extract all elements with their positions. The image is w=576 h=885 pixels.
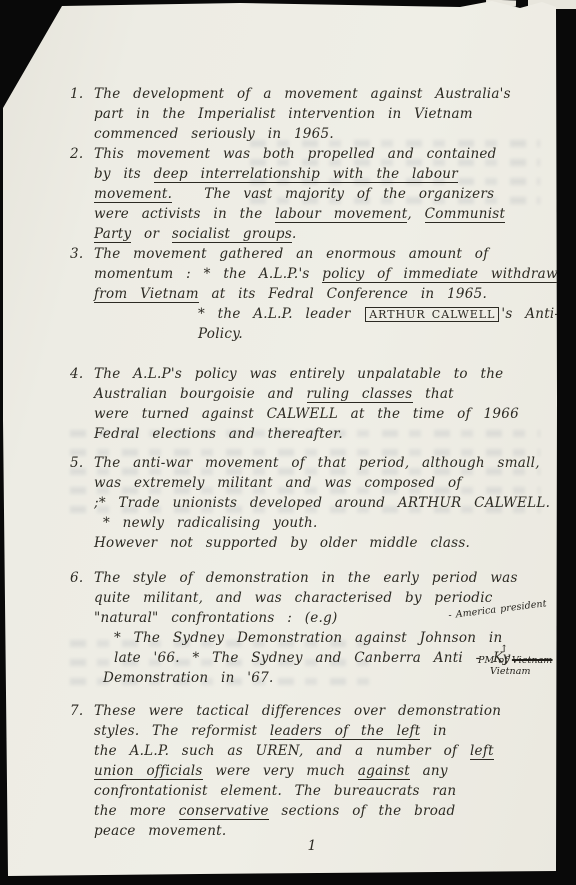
boxed-name: ARTHUR CALWELL xyxy=(365,307,499,322)
note-text: ;* Trade unionists developed around ARTH… xyxy=(94,495,550,511)
note-line: part in the Imperialist intervention in … xyxy=(94,104,552,124)
note-text: However not supported by older middle cl… xyxy=(94,535,470,551)
note-line: commenced seriously in 1965. xyxy=(94,124,552,144)
underlined-text: deep interrelationship with the labour xyxy=(154,166,458,183)
item-number: 3. xyxy=(70,244,83,264)
note-text: commenced seriously in 1965. xyxy=(94,126,334,142)
note-line: The development of a movement against Au… xyxy=(94,84,552,104)
margin-annotation-ky: ↑ PM of Vietnam Vietnam xyxy=(478,655,573,677)
note-line: the A.L.P. such as UREN, and a number of… xyxy=(94,741,552,761)
item-number: 7. xyxy=(70,701,83,721)
underlined-text: movement. xyxy=(94,186,172,203)
note-line: * The Sydney Demonstration against Johns… xyxy=(94,628,552,648)
note-line: Fedral elections and thereafter. xyxy=(94,424,552,444)
underlined-text: policy of immediate withdrawal xyxy=(322,266,570,283)
underlined-text: socialist groups xyxy=(172,226,292,243)
note-text: The movement gathered an enormous amount… xyxy=(94,246,488,262)
note-line: These were tactical differences over dem… xyxy=(94,701,552,721)
note-text: The style of demonstration in the early … xyxy=(94,570,518,586)
note-line: This movement was both propelled and con… xyxy=(94,144,552,164)
note-text: were turned against CALWELL at the time … xyxy=(94,406,519,422)
note-line: confrontationist element. The bureaucrat… xyxy=(94,781,552,801)
item-number: 2. xyxy=(70,144,83,164)
note-line: from Vietnam at its Fedral Conference in… xyxy=(94,284,552,304)
note-text: , xyxy=(407,206,424,222)
note-text: * The Sydney Demonstration against Johns… xyxy=(114,630,502,646)
underlined-text: Party xyxy=(94,226,131,243)
scanned-page: 1.The development of a movement against … xyxy=(0,0,576,885)
note-text: This movement was both propelled and con… xyxy=(94,146,497,162)
note-text: Australian bourgoisie and xyxy=(94,386,307,402)
underlined-text: union officials xyxy=(94,763,203,780)
note-text: late '66. * The Sydney and Canberra Anti… xyxy=(114,650,511,666)
note-text: "natural" confrontations : (e.g) xyxy=(94,610,338,626)
note-text: that xyxy=(413,386,454,402)
note-item: 1.The development of a movement against … xyxy=(94,84,552,144)
note-line: were activists in the labour movement, C… xyxy=(94,204,552,224)
annotation-text: Vietnam xyxy=(478,666,573,677)
note-line: styles. The reformist leaders of the lef… xyxy=(94,721,552,741)
note-text: confrontationist element. The bureaucrat… xyxy=(94,783,456,799)
note-line: momentum : * the A.L.P.'s policy of imme… xyxy=(94,264,552,284)
underlined-text: labour movement xyxy=(275,206,407,223)
note-line: The style of demonstration in the early … xyxy=(94,568,552,588)
underlined-text: from Vietnam xyxy=(94,286,199,303)
note-line: * the A.L.P. leader ARTHUR CALWELL's Ant… xyxy=(94,304,552,324)
note-text: These were tactical differences over dem… xyxy=(94,703,501,719)
underlined-text: ruling classes xyxy=(307,386,413,403)
note-text: sections of the broad xyxy=(269,803,456,819)
note-line: ;* Trade unionists developed around ARTH… xyxy=(94,493,552,513)
note-text: or xyxy=(131,226,171,242)
page-number: 1 xyxy=(300,838,324,854)
note-line: * newly radicalising youth. xyxy=(94,513,552,533)
note-text: momentum : * the A.L.P.'s xyxy=(94,266,322,282)
note-text: by its xyxy=(94,166,154,182)
note-text: part in the Imperialist intervention in … xyxy=(94,106,473,122)
note-line: was extremely militant and was composed … xyxy=(94,473,552,493)
note-line: movement.The vast majority of the organi… xyxy=(94,184,552,204)
note-text: any xyxy=(410,763,448,779)
note-text: peace movement. xyxy=(94,823,226,839)
note-item: 2.This movement was both propelled and c… xyxy=(94,144,552,244)
note-text: 's Anti-war xyxy=(501,306,576,322)
note-line: However not supported by older middle cl… xyxy=(94,533,552,553)
note-line: union officials were very much against a… xyxy=(94,761,552,781)
note-line: were turned against CALWELL at the time … xyxy=(94,404,552,424)
item-number: 1. xyxy=(70,84,83,104)
note-line: Australian bourgoisie and ruling classes… xyxy=(94,384,552,404)
note-text: The anti-war movement of that period, al… xyxy=(94,455,540,471)
underlined-text: conservative xyxy=(179,803,269,820)
note-text: . xyxy=(292,226,297,242)
underlined-text: against xyxy=(358,763,410,780)
note-text: The A.L.P's policy was entirely unpalata… xyxy=(94,366,503,382)
note-text: Fedral elections and thereafter. xyxy=(94,426,343,442)
note-text: quite militant, and was characterised by… xyxy=(94,590,493,606)
notes-list: 1.The development of a movement against … xyxy=(94,84,552,841)
note-text: were very much xyxy=(203,763,358,779)
underlined-text: left xyxy=(470,743,494,760)
note-line: Policy. xyxy=(94,324,552,344)
note-text: at its Fedral Conference in 1965. xyxy=(199,286,487,302)
underlined-text: Communist xyxy=(425,206,506,223)
struck-word: Vietnam xyxy=(512,655,553,666)
note-text: was extremely militant and was composed … xyxy=(94,475,462,491)
note-text: * the A.L.P. leader xyxy=(198,306,363,322)
note-text: Policy. xyxy=(198,326,243,342)
note-item: 3.The movement gathered an enormous amou… xyxy=(94,244,552,344)
note-line: by its deep interrelationship with the l… xyxy=(94,164,552,184)
note-text: Demonstration in '67. xyxy=(103,670,274,686)
note-text: styles. The reformist xyxy=(94,723,270,739)
note-line: the more conservative sections of the br… xyxy=(94,801,552,821)
note-text: the more xyxy=(94,803,179,819)
item-number: 4. xyxy=(70,364,83,384)
note-text: in xyxy=(420,723,446,739)
item-number: 5. xyxy=(70,453,83,473)
annotation-text: PM of xyxy=(478,655,508,666)
note-text: The development of a movement against Au… xyxy=(94,86,511,102)
note-item: 7.These were tactical differences over d… xyxy=(94,701,552,841)
note-line: The movement gathered an enormous amount… xyxy=(94,244,552,264)
note-line: The anti-war movement of that period, al… xyxy=(94,453,552,473)
note-text: The vast majority of the organizers xyxy=(204,186,494,202)
note-line: Party or socialist groups. xyxy=(94,224,552,244)
paper-sheet: 1.The development of a movement against … xyxy=(0,0,576,885)
note-text: were activists in the xyxy=(94,206,275,222)
up-arrow-icon: ↑ xyxy=(500,644,508,655)
underlined-text: leaders of the left xyxy=(270,723,421,740)
item-number: 6. xyxy=(70,568,83,588)
note-text: * newly radicalising youth. xyxy=(103,515,318,531)
note-line: The A.L.P's policy was entirely unpalata… xyxy=(94,364,552,384)
note-text: the A.L.P. such as UREN, and a number of xyxy=(94,743,470,759)
note-item: 5.The anti-war movement of that period, … xyxy=(94,453,552,553)
note-item: 4.The A.L.P's policy was entirely unpala… xyxy=(94,364,552,444)
